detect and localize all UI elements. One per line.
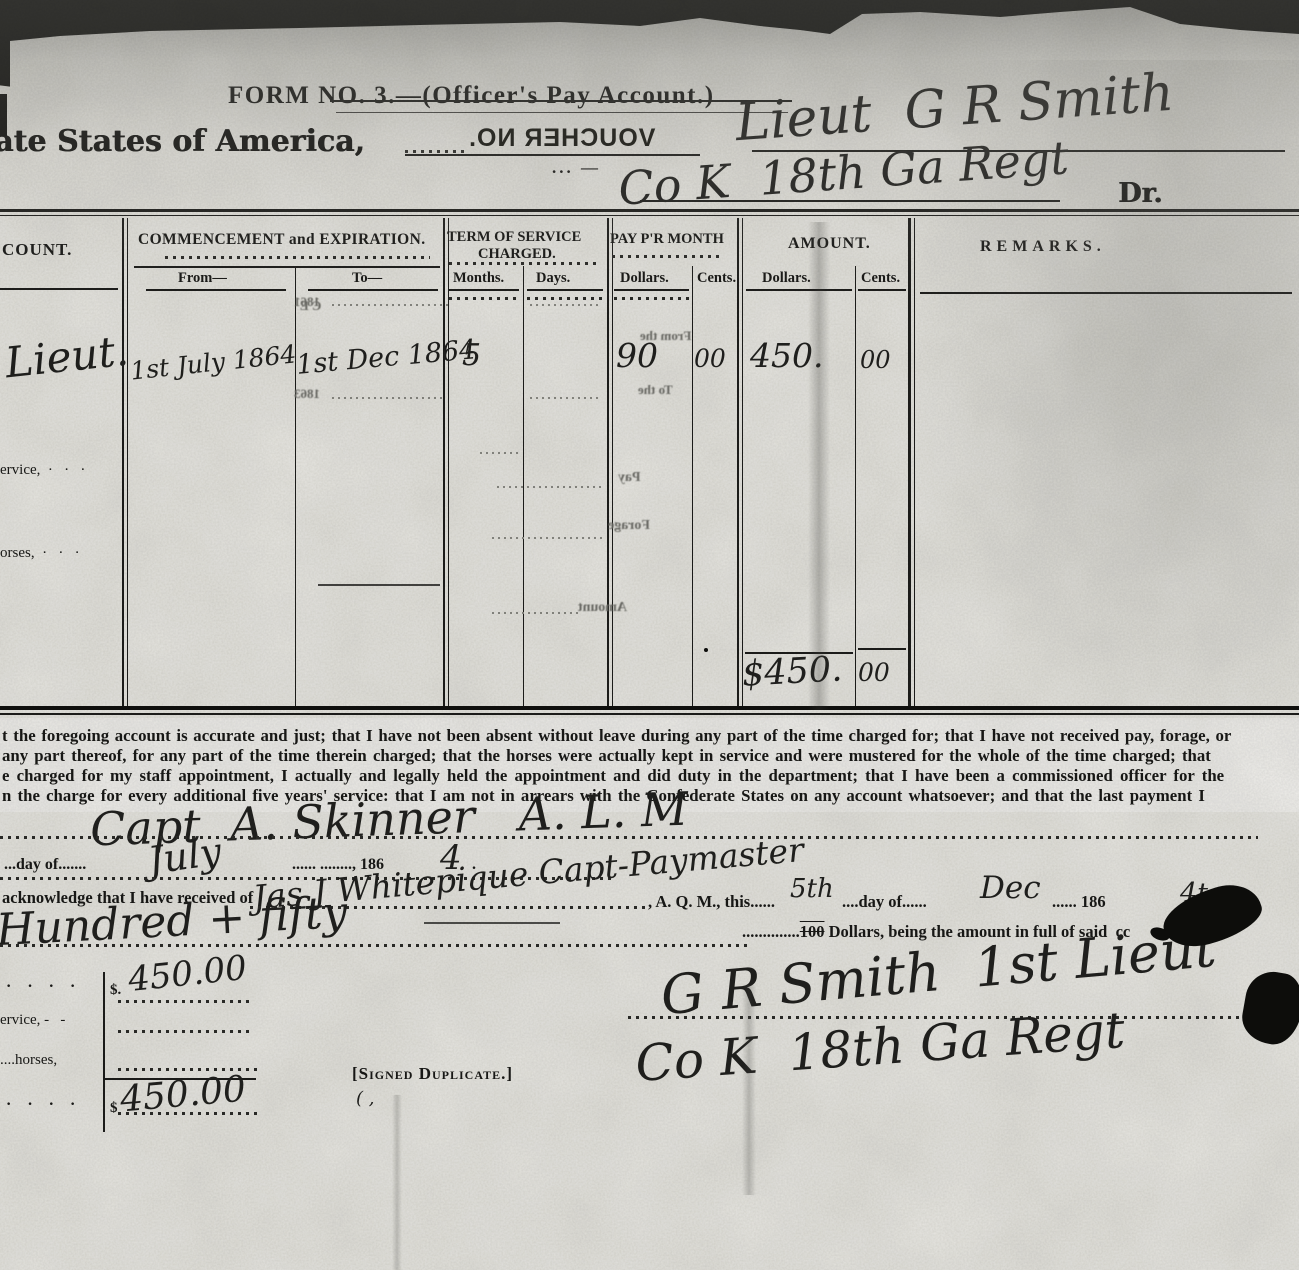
days-underline [527,289,603,291]
left-label-horses: orses, · · · [0,545,80,562]
amt-dollars-underline [746,289,852,291]
bleedthrough-text: To the [638,382,673,398]
fold-streak [392,1095,402,1270]
header-rule-heavy [0,209,1299,212]
col-term-label-2: CHARGED. [478,246,556,263]
bleedthrough-dots [480,452,522,454]
table-vline [855,266,856,708]
header-dots: ... — [552,158,601,178]
table-vline [122,218,124,708]
col-to-label: To— [352,270,382,287]
received-printed-4: ...... 186 [1052,892,1106,912]
dotted-leader [612,255,722,258]
col-pay-label: PAY P'R MONTH [610,231,724,248]
table-bottom-rule-light [0,713,1299,715]
certification-line-1: t the foregoing account is accurate and … [2,726,1231,746]
bleedthrough-text: Forage [608,518,650,534]
col-from-label: From— [178,270,227,287]
certification-line-2: any part thereof, for any part of the ti… [2,746,1211,766]
total-amount-cents: 00 [858,658,890,687]
recap-dots-1: · · · · [6,978,75,996]
table-vline [295,266,296,708]
bleedthrough-text: 1861 [294,294,320,310]
commencement-underline [134,266,440,268]
amount-words-leader [0,944,752,947]
recap-leader-1 [118,1000,253,1003]
header-rule-light [0,215,1299,216]
account-underline [0,288,118,290]
entry-to-date: 1st Dec 1864 [295,334,478,381]
dotted-leader [165,256,430,259]
unit-underline [640,200,1060,202]
col-pay-cents-label: Cents. [697,270,736,287]
received-printed-2: , A. Q. M., this...... [648,892,775,912]
recap-amount-1-script: 450.00 [126,948,248,1000]
fold-streak [742,985,756,1195]
table-vline [607,218,609,708]
pay-dollars-underline [614,289,689,291]
bleedthrough-text: 1863 [294,386,320,402]
amount-words-dash [424,922,560,924]
bleedthrough-dots [332,304,450,306]
to-underline [308,289,438,291]
col-amt-cents-label: Cents. [861,270,900,287]
dotted-leader [614,297,692,300]
title-underline [336,112,788,113]
col-remarks-label: REMARKS. [980,238,1106,256]
stray-dot [704,648,708,652]
table-vline [737,218,739,708]
bleedthrough-dots [530,304,600,306]
bleedthrough-dots [497,486,603,488]
dated-printed-1: ...day of....... [4,856,86,874]
entry-pay-cents: 00 [694,344,726,373]
dotted-leader [449,262,599,265]
ink-blot [1238,968,1299,1049]
stamp-leader-dots [405,150,467,153]
strike-line [330,100,792,102]
total-rule-cents [858,648,906,650]
recap-service-label: ervice, - - [0,1012,65,1029]
signed-duplicate-stamp: [Signed Duplicate.] [352,1064,513,1084]
table-vline [448,218,449,708]
table-vline [612,218,613,708]
recap-dollar-2: $ [110,1100,118,1117]
col-commencement-label: COMMENCEMENT and EXPIRATION. [138,231,426,249]
recap-dollar-1: $. [110,982,121,999]
received-printed-3: ....day of...... [842,892,927,912]
entry-from-date: 1st July 1864 [129,339,298,385]
bleedthrough-dots [332,397,446,399]
received-month-script: Dec [980,870,1041,906]
stray-rule [318,584,440,586]
amount-leader-dots: .............. [742,922,800,941]
stamp-underline [405,154,700,156]
from-underline [146,289,286,291]
bleedthrough-dots [492,612,580,614]
recap-horses-label: ....horses, [0,1052,57,1069]
dr-label: Dr. [1118,178,1163,209]
entry-account: Lieut. [3,326,131,388]
col-amt-dollars-label: Dollars. [762,270,811,287]
table-vline [914,218,915,708]
col-account-label: COUNT. [2,240,72,260]
table-vline [908,218,911,708]
months-underline [449,289,519,291]
table-vline [443,218,445,708]
form-title: FORM NO. 3.—(Officer's Pay Account.) [228,82,715,110]
bleedthrough-dots [530,397,600,399]
dated-month-script: July [145,829,224,883]
dotted-leader [449,297,521,300]
recap-vline [103,972,105,1132]
table-vline [127,218,128,708]
table-vline [692,266,693,708]
document-scan: FORM NO. 3.—(Officer's Pay Account.) ate… [0,0,1299,1270]
remarks-underline [920,292,1292,294]
bleedthrough-text: From the [640,328,691,344]
recap-leader-4 [118,1112,258,1115]
amount-struck-100: 100 [800,922,825,941]
left-label-service: ervice, · · · [0,462,85,479]
col-term-label-1: TERM OF SERVICE [447,229,581,246]
col-months-label: Months. [453,270,504,287]
certification-line-3: e charged for my staff appointment, I ac… [2,766,1224,786]
bleedthrough-dots [492,537,604,539]
table-vline [742,218,743,708]
table-bottom-rule-heavy [0,706,1299,710]
fold-streak [808,222,830,710]
received-day-script: 5th [790,874,834,904]
scan-edge-mark [0,37,10,86]
amt-cents-underline [858,289,906,291]
bleedthrough-text: Pay [618,470,641,486]
entry-amount-cents: 00 [860,346,891,374]
paren-mark: ( , [356,1088,374,1109]
recap-dots-2: · · · · [6,1096,75,1114]
entry-months: 5 [462,338,481,373]
dotted-leader [527,297,605,300]
bleedthrough-text: Amount [578,600,627,616]
voucher-stamp-mirrored: VOUCHER NO. [468,124,655,153]
recap-leader-2 [118,1030,253,1033]
col-days-label: Days. [536,270,570,287]
scan-edge-mark [0,94,7,136]
col-pay-dollars-label: Dollars. [620,270,669,287]
nation-title: ate States of America, [0,124,365,159]
scan-border-top [0,0,1299,44]
